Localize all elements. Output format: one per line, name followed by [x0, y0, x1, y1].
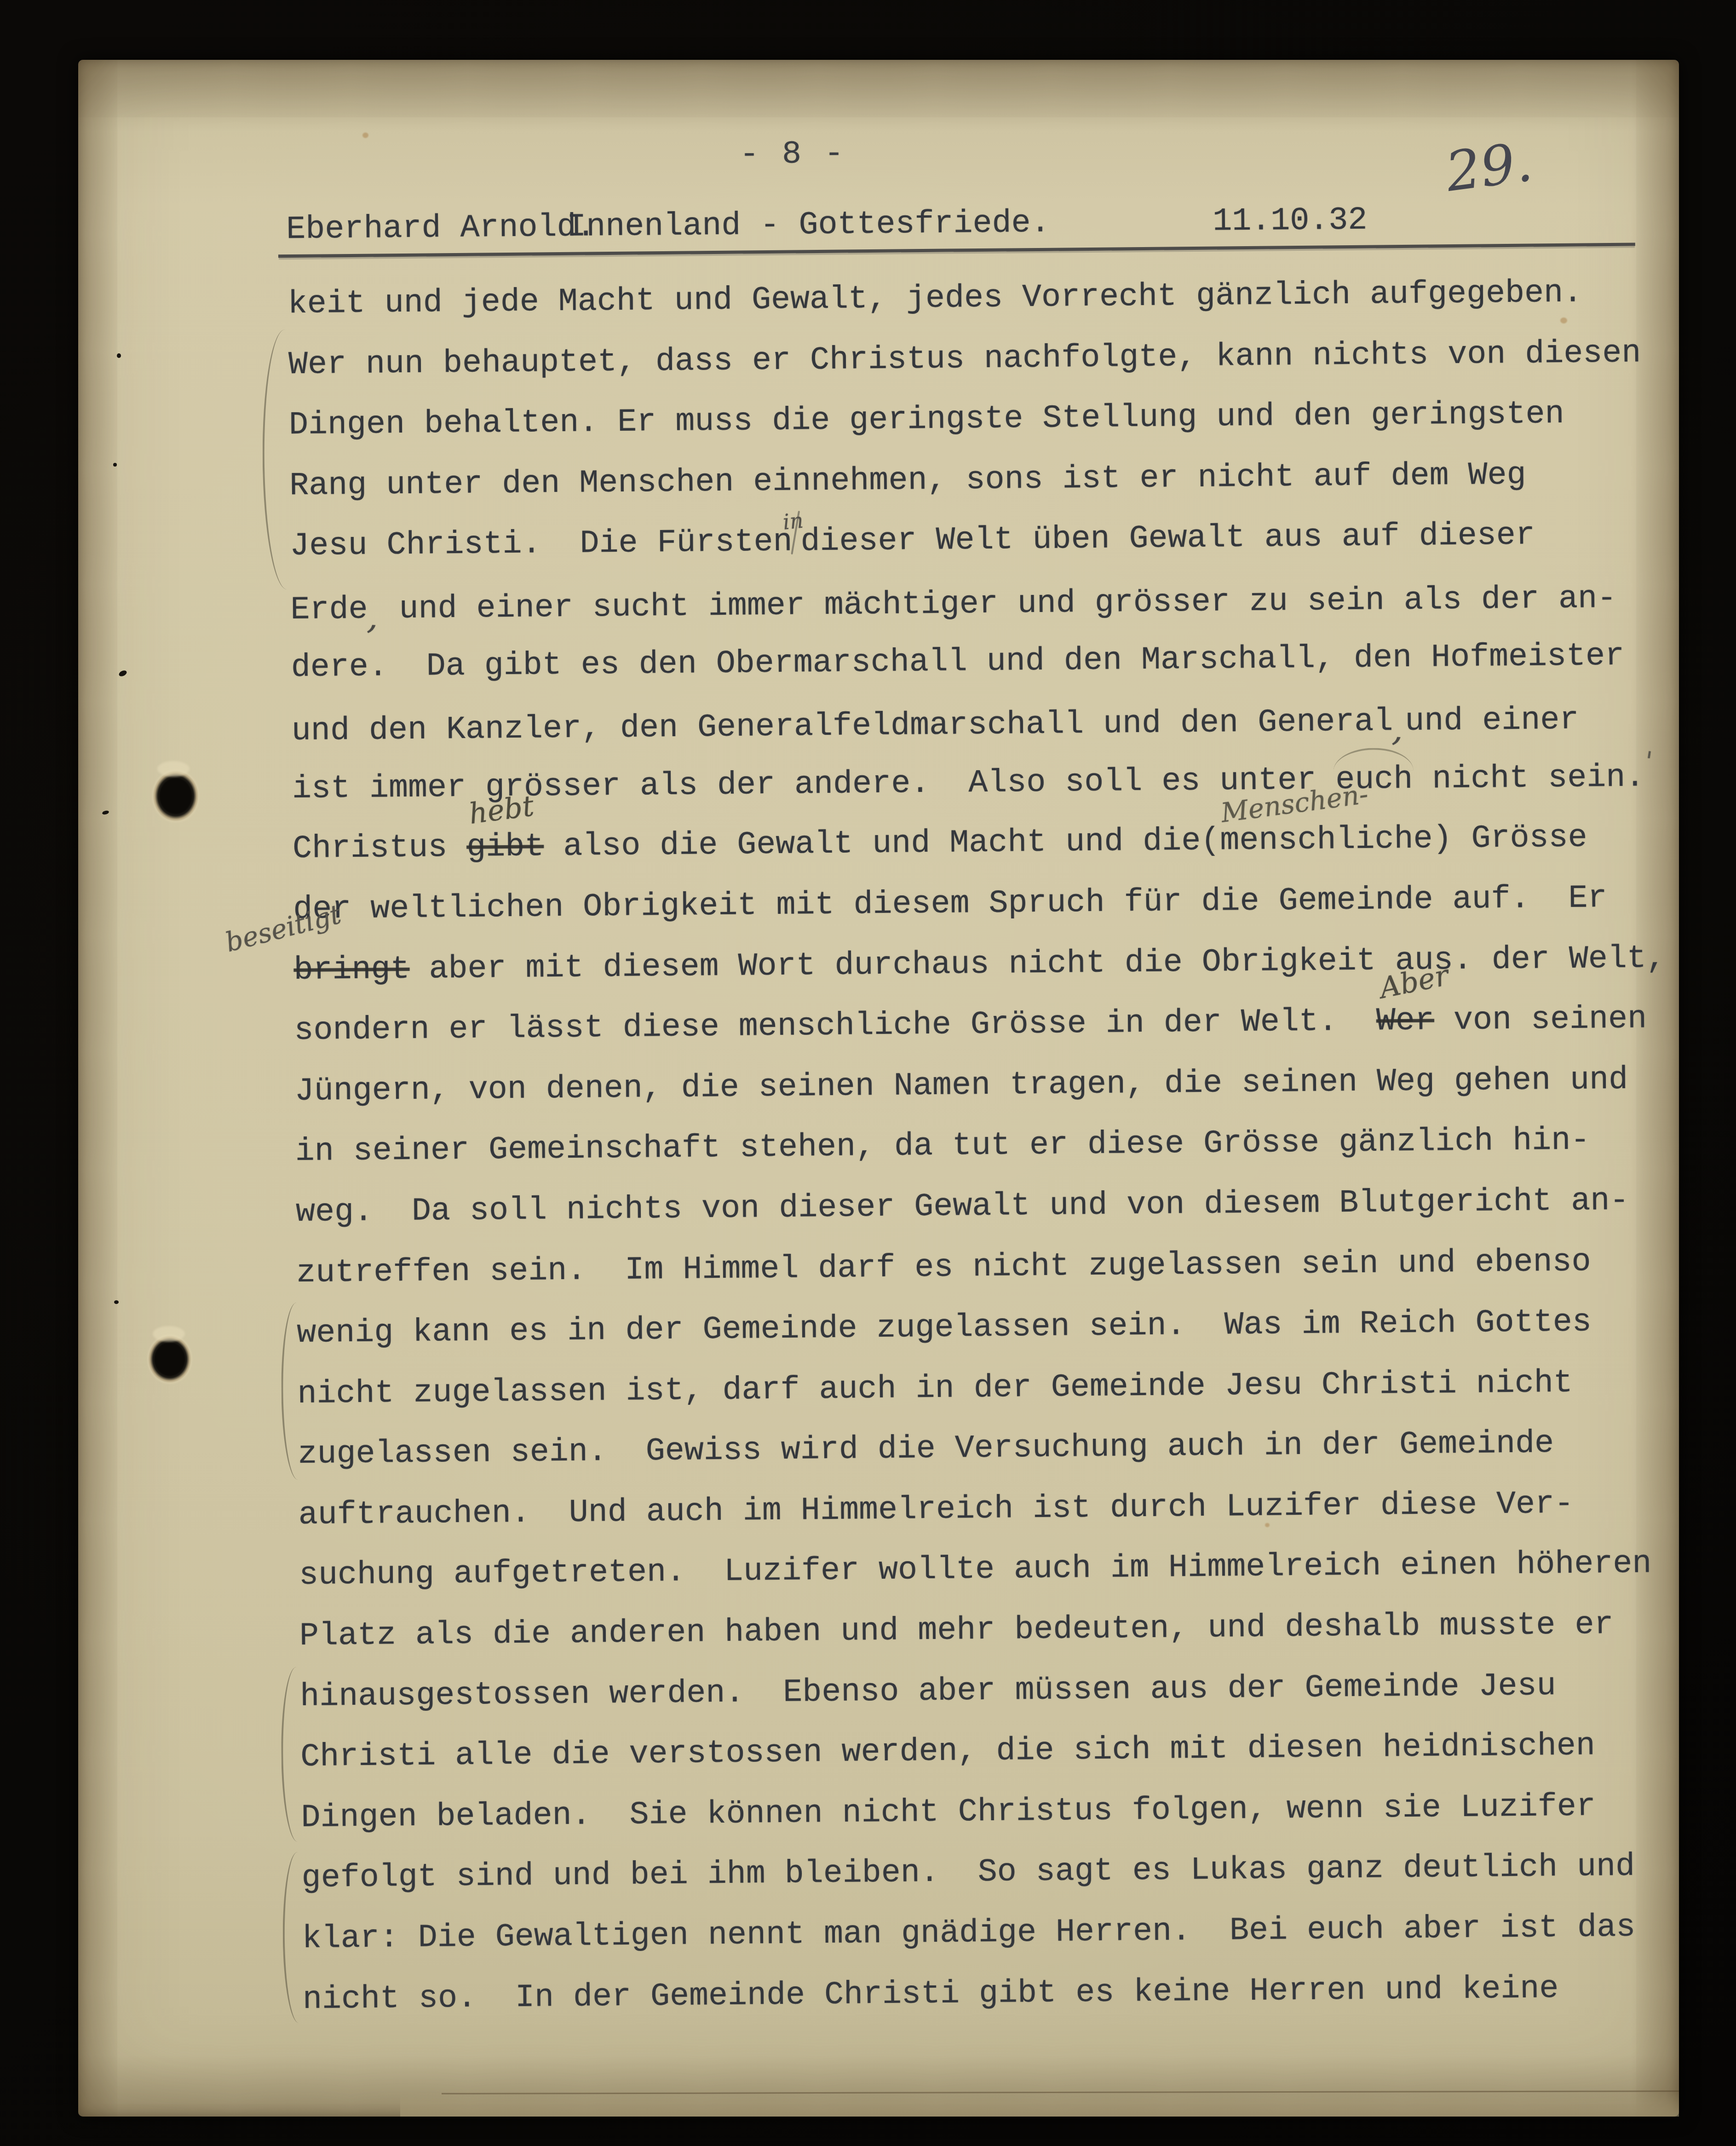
- text-line: Christi alle die verstossen werden, die …: [300, 1715, 1685, 1788]
- typed-text: sondern er lässt diese menschliche Gröss…: [294, 1004, 1376, 1050]
- paper-speck: [114, 1300, 119, 1304]
- text-line: Jesu Christi. Die Fürstenindieser Welt ü…: [290, 504, 1675, 577]
- bottom-page-shadow: [400, 2093, 1679, 2117]
- typed-text: hinausgestossen werden. Ebenso aber müss…: [300, 1668, 1556, 1715]
- page-number: - 8 -: [714, 136, 871, 173]
- margin-bracket-3: [281, 1667, 309, 1842]
- margin-bracket-2: [281, 1303, 309, 1480]
- paper-speck: [113, 463, 117, 467]
- margin-bracket-4: [282, 1852, 310, 2023]
- folio-number-handwritten: 29.: [1442, 130, 1536, 204]
- text-line: nicht zugelassen ist, darf auch in der G…: [297, 1352, 1682, 1425]
- typed-text: der weltlichen Obrigkeit mit diesem Spru…: [293, 880, 1607, 928]
- typed-text: klar: Die Gewaltigen nennt man gnädige H…: [302, 1909, 1636, 1957]
- text-line: suchung aufgetreten. Luzifer wollte auch…: [299, 1534, 1684, 1606]
- typed-text: also die Gewalt und Macht und die: [544, 823, 1201, 865]
- scanned-page-photo: - 8 - Eberhard Arnold. Innenland - Gotte…: [0, 0, 1736, 2146]
- paper-speck: [117, 353, 121, 358]
- text-line: wenig kann es in der Gemeinde zugelassen…: [297, 1292, 1682, 1364]
- text-line: nicht so. In der Gemeinde Christi gibt e…: [302, 1957, 1687, 2030]
- rust-spot: [1560, 317, 1567, 323]
- text-line: Christus gibthebt also die Gewalt und Ma…: [293, 807, 1678, 880]
- text-line: hinausgestossen werden. Ebenso aber müss…: [300, 1655, 1685, 1727]
- document-header: Eberhard Arnold. Innenland - Gottesfried…: [278, 182, 1635, 258]
- typed-text: zugelassen sein. Gewiss wird die Versuch…: [298, 1426, 1554, 1473]
- text-line: zutreffen sein. Im Himmel darf es nicht …: [296, 1231, 1681, 1304]
- page-content: - 8 - Eberhard Arnold. Innenland - Gotte…: [69, 53, 1688, 2123]
- corrected-word: gibthebt: [466, 817, 544, 878]
- typed-text: und den Kanzler, den Generalfeldmarschal…: [292, 704, 1393, 750]
- typed-text: zutreffen sein. Im Himmel darf es nicht …: [296, 1244, 1591, 1292]
- insertion-point: in: [792, 518, 801, 550]
- typed-text: Rang unter den Menschen einnehmen, sons …: [289, 457, 1526, 504]
- rust-spot: [1265, 1523, 1270, 1527]
- text-line: weg. Da soll nichts von dieser Gewalt un…: [296, 1171, 1681, 1243]
- typed-text: Dingen behalten. Er muss die geringste S…: [289, 396, 1564, 444]
- typed-text: dere. Da gibt es den Obermarschall und d…: [291, 638, 1624, 686]
- struck-word: bringt: [293, 951, 410, 988]
- text-line: keit und jede Macht und Gewalt, jedes Vo…: [287, 262, 1673, 335]
- typed-text: gefolgt sind und bei ihm bleiben. So sag…: [301, 1849, 1635, 1897]
- annotated-word: (menschliche)Menschen-: [1201, 809, 1452, 871]
- punch-hole-top: [151, 768, 201, 824]
- typed-text: und einer: [1405, 702, 1579, 740]
- typed-text: Jüngern, von denen, die seinen Namen tra…: [294, 1062, 1628, 1110]
- punch-hole-bottom: [146, 1333, 193, 1385]
- typed-text: Christus: [293, 830, 467, 867]
- corrected-word: WerAber: [1376, 991, 1434, 1052]
- typed-text: in seiner Gemeinschaft stehen, da tut er…: [295, 1123, 1590, 1171]
- typed-text: auftrauchen. Und auch im Himmelreich ist…: [298, 1486, 1574, 1534]
- typed-text: weg. Da soll nichts von dieser Gewalt un…: [296, 1183, 1629, 1231]
- typed-text: von seinen: [1434, 1001, 1647, 1039]
- margin-bracket-1: [261, 329, 290, 589]
- text-line: Wer nun behauptet, dass er Christus nach…: [288, 323, 1673, 395]
- text-line: Dingen behalten. Er muss die geringste S…: [289, 383, 1674, 456]
- author-name: Eberhard Arnold.: [286, 209, 596, 248]
- typed-text: wenig kann es in der Gemeinde zugelassen…: [297, 1304, 1592, 1352]
- typed-text: nicht zugelassen ist, darf auch in der G…: [297, 1365, 1573, 1413]
- text-line: sondern er lässt diese menschliche Gröss…: [294, 989, 1679, 1061]
- text-line: in seiner Gemeinschaft stehen, da tut er…: [295, 1110, 1680, 1183]
- text-line: dere. Da gibt es den Obermarschall und d…: [291, 625, 1676, 698]
- text-line: auftrauchen. Und auch im Himmelreich ist…: [298, 1473, 1683, 1546]
- typed-text: Platz als die anderen haben und mehr bed…: [299, 1607, 1614, 1655]
- typed-text: suchung aufgetreten. Luzifer wollte auch…: [299, 1546, 1652, 1594]
- text-line: Rang unter den Menschen einnehmen, sons …: [289, 444, 1674, 517]
- typed-text: Christi alle die verstossen werden, die …: [300, 1728, 1595, 1776]
- typed-text: aber mit diesem Wort durchaus nicht die …: [409, 940, 1666, 988]
- text-line: Erde, und einer sucht immer mächtiger un…: [290, 565, 1675, 638]
- rust-spot: [362, 133, 368, 138]
- typed-text: Wer nun behauptet, dass er Christus nach…: [288, 335, 1641, 383]
- document-date: 11.10.32: [1213, 202, 1368, 240]
- text-line: und den Kanzler, den Generalfeldmarschal…: [291, 686, 1676, 759]
- typed-text: Dingen beladen. Sie können nicht Christu…: [301, 1788, 1596, 1836]
- text-line: klar: Die Gewaltigen nennt man gnädige H…: [302, 1897, 1687, 1970]
- text-line: zugelassen sein. Gewiss wird die Versuch…: [298, 1413, 1683, 1485]
- document-title: Innenland - Gottesfriede.: [567, 205, 1050, 246]
- text-line: Platz als die anderen haben und mehr bed…: [299, 1594, 1684, 1667]
- document-page: - 8 - Eberhard Arnold. Innenland - Gotte…: [78, 60, 1679, 2117]
- text-line: bringtbeseitigt aber mit diesem Wort dur…: [293, 928, 1679, 1001]
- typewritten-text: keit und jede Macht und Gewalt, jedes Vo…: [287, 262, 1687, 2030]
- typed-text: nicht so. In der Gemeinde Christi gibt e…: [303, 1971, 1559, 2018]
- text-line: Dingen beladen. Sie können nicht Christu…: [301, 1776, 1686, 1849]
- typed-text: nicht sein.: [1413, 759, 1645, 797]
- typed-text: Jesu Christi. Die Fürsten: [290, 524, 793, 565]
- text-line: der weltlichen Obrigkeit mit diesem Spru…: [293, 868, 1678, 940]
- text-line: Jüngern, von denen, die seinen Namen tra…: [294, 1050, 1679, 1122]
- typed-text: und einer sucht immer mächtiger und grös…: [379, 581, 1616, 628]
- corrected-word: bringtbeseitigt: [293, 939, 410, 1001]
- typed-text: ist immer grösser als der andere. Also s…: [292, 762, 1336, 808]
- typed-text: keit und jede Macht und Gewalt, jedes Vo…: [288, 275, 1583, 323]
- text-line: gefolgt sind und bei ihm bleiben. So sag…: [301, 1836, 1686, 1909]
- handwritten-correction: hebt: [466, 776, 538, 844]
- typed-text: Erde: [290, 592, 368, 629]
- typed-text: dieser Welt üben Gewalt aus auf dieser: [800, 518, 1535, 560]
- typed-text: Grösse: [1452, 820, 1587, 858]
